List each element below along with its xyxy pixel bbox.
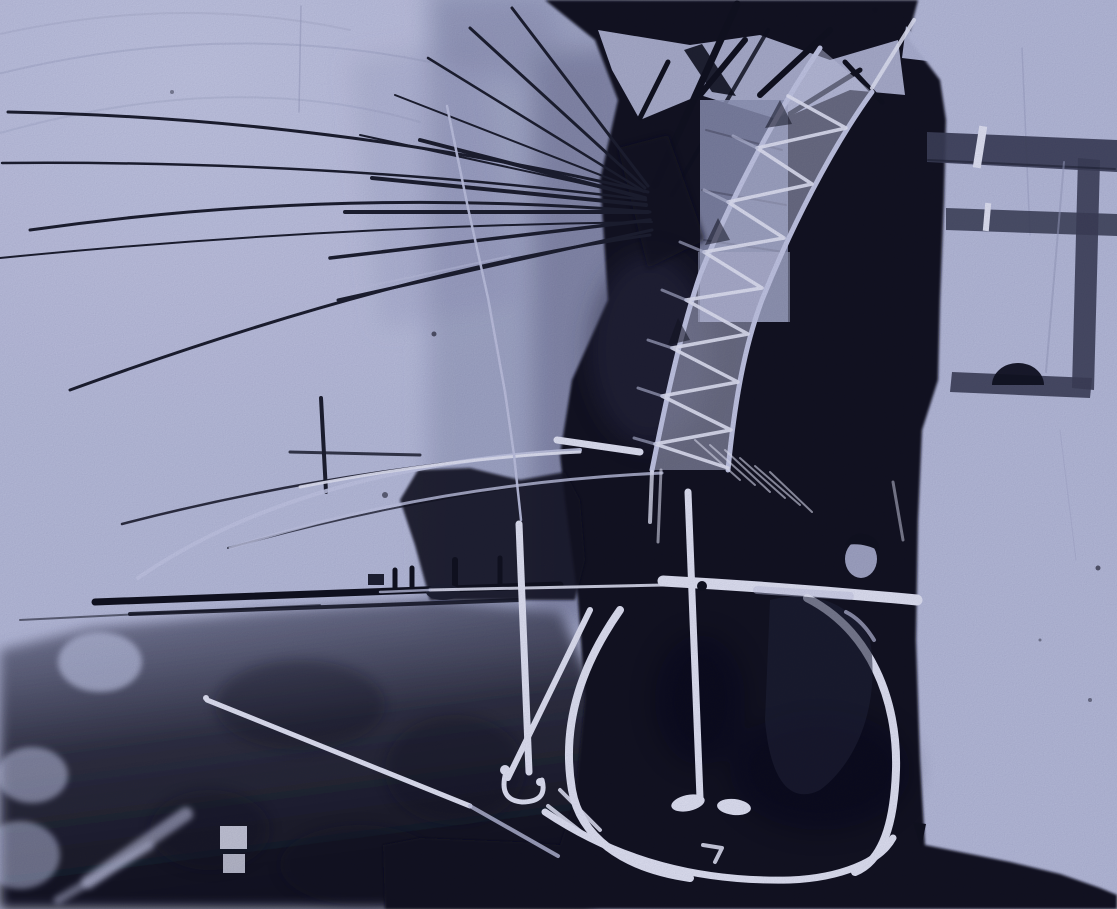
film-grain <box>0 0 1117 909</box>
vintage-ornithopter-photo: Blue-tinted vintage photograph of an ear… <box>0 0 1117 909</box>
photo-canvas <box>0 0 1117 909</box>
